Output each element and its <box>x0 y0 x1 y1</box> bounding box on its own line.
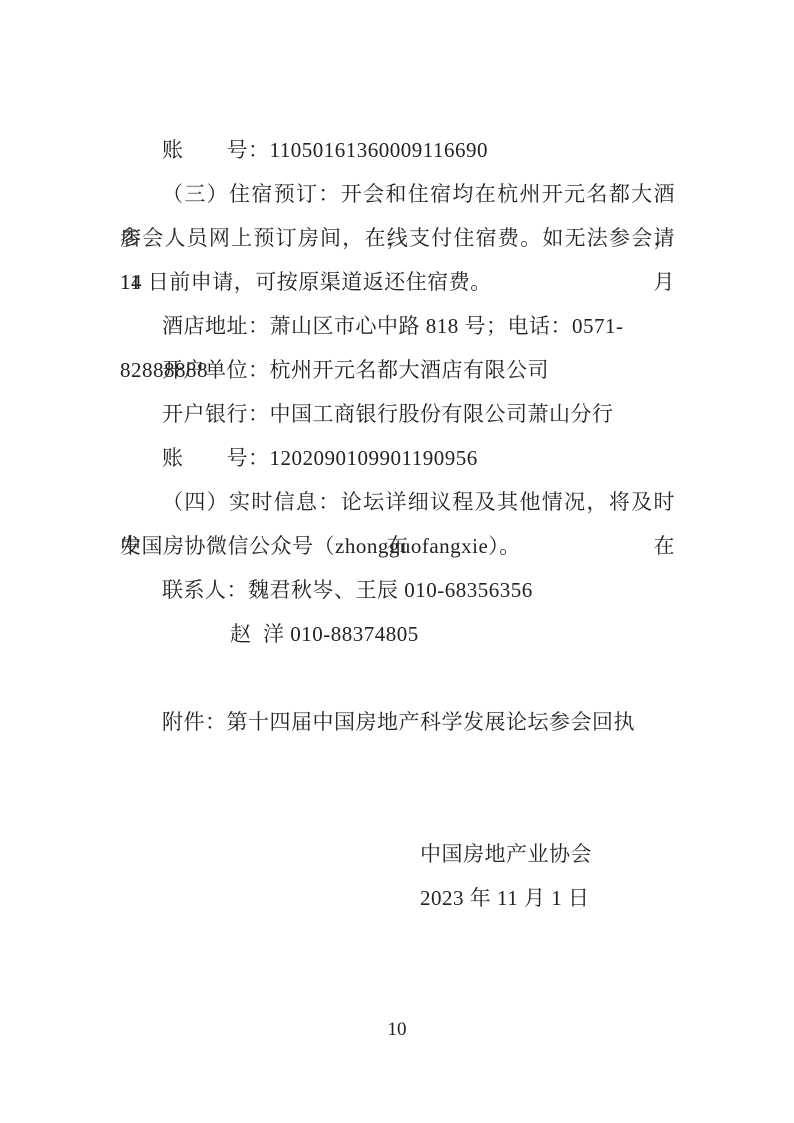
account-holder-line: 开户单位：杭州开元名都大酒店有限公司 <box>120 348 675 392</box>
blank-line <box>120 788 675 832</box>
signature-date-line: 2023 年 11 月 1 日 <box>120 876 675 920</box>
para-realtime-info-line-1: （四）实时信息：论坛详细议程及其他情况，将及时发布在 <box>120 480 675 524</box>
attachment-line: 附件：第十四届中国房地产科学发展论坛参会回执 <box>120 700 675 744</box>
blank-line <box>120 656 675 700</box>
document-body: 账 号：11050161360009116690 （三）住宿预订：开会和住宿均在… <box>120 128 675 920</box>
bank-name-line: 开户银行：中国工商银行股份有限公司萧山分行 <box>120 392 675 436</box>
blank-line <box>120 744 675 788</box>
signature-org-line: 中国房地产业协会 <box>120 832 675 876</box>
bank-account-line-1: 账 号：11050161360009116690 <box>120 128 675 172</box>
page-number: 10 <box>0 1015 794 1045</box>
para-accommodation-line-1: （三）住宿预订：开会和住宿均在杭州开元名都大酒店，请 <box>120 172 675 216</box>
para-accommodation-line-2: 参会人员网上预订房间，在线支付住宿费。如无法参会，11 月 <box>120 216 675 260</box>
document-page: 账 号：11050161360009116690 （三）住宿预订：开会和住宿均在… <box>0 0 794 1123</box>
hotel-address-line: 酒店地址：萧山区市心中路 818 号；电话：0571-82888888 <box>120 304 675 348</box>
contacts-line-1: 联系人：魏君秋岑、王辰 010-68356356 <box>120 568 675 612</box>
bank-account-line-2: 账 号：1202090109901190956 <box>120 436 675 480</box>
contacts-line-2: 赵 洋 010-88374805 <box>120 612 675 656</box>
